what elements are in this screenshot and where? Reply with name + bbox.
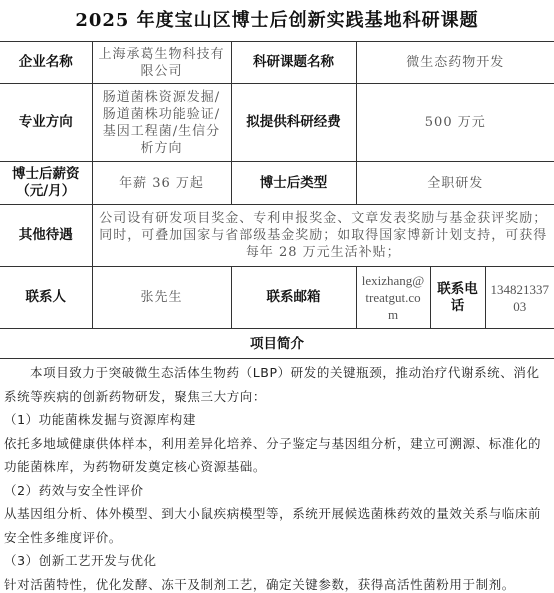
- intro-paragraph: 本项目致力于突破微生态活体生物药（LBP）研发的关键瓶颈，推动治疗代谢系统、消化…: [4, 361, 552, 408]
- intro-paragraph: 针对活菌特性，优化发酵、冻干及制剂工艺，确定关键参数，获得高活性菌粉用于制剂。: [4, 573, 552, 593]
- table-row-major: 专业方向 肠道菌株资源发掘/肠道菌株功能验证/基因工程菌/生信分析方向 拟提供科…: [0, 84, 554, 162]
- intro-heading-3: （3）创新工艺开发与优化: [4, 549, 552, 573]
- company-label: 企业名称: [0, 42, 92, 84]
- funding-label: 拟提供科研经费: [231, 84, 356, 162]
- salary-value: 年薪 36 万起: [92, 162, 231, 205]
- company-value: 上海承葛生物科技有限公司: [92, 42, 231, 84]
- document-title: 2025 年度宝山区博士后创新实践基地科研课题: [0, 6, 554, 36]
- intro-heading-1: （1）功能菌株发掘与资源库构建: [4, 408, 552, 432]
- email-label: 联系邮箱: [231, 267, 356, 329]
- benefits-value: 公司设有研发项目奖金、专利申报奖金、文章发表奖励与基金获评奖励；同时，可叠加国家…: [92, 205, 554, 267]
- email-value[interactable]: lexizhang@treatgut.com: [356, 267, 430, 329]
- project-info-table: 企业名称 上海承葛生物科技有限公司 科研课题名称 微生态药物开发 专业方向 肠道…: [0, 41, 554, 329]
- contact-label: 联系人: [0, 267, 92, 329]
- funding-value: 500 万元: [356, 84, 554, 162]
- table-row-benefits: 其他待遇 公司设有研发项目奖金、专利申报奖金、文章发表奖励与基金获评奖励；同时，…: [0, 205, 554, 267]
- topic-value: 微生态药物开发: [356, 42, 554, 84]
- intro-paragraph: 依托多地域健康供体样本，利用差异化培养、分子鉴定与基因组分析，建立可溯源、标准化…: [4, 432, 552, 479]
- benefits-label: 其他待遇: [0, 205, 92, 267]
- table-row-company: 企业名称 上海承葛生物科技有限公司 科研课题名称 微生态药物开发: [0, 42, 554, 84]
- salary-label: 博士后薪资（元/月）: [0, 162, 92, 205]
- major-label: 专业方向: [0, 84, 92, 162]
- topic-label: 科研课题名称: [231, 42, 356, 84]
- phone-value[interactable]: 13482133703: [485, 267, 554, 329]
- postdoc-type-value: 全职研发: [356, 162, 554, 205]
- phone-label: 联系电话: [430, 267, 485, 329]
- table-row-salary: 博士后薪资（元/月） 年薪 36 万起 博士后类型 全职研发: [0, 162, 554, 205]
- project-intro: 本项目致力于突破微生态活体生物药（LBP）研发的关键瓶颈，推动治疗代谢系统、消化…: [4, 361, 552, 593]
- major-value: 肠道菌株资源发掘/肠道菌株功能验证/基因工程菌/生信分析方向: [92, 84, 231, 162]
- intro-paragraph: 从基因组分析、体外模型、到大小鼠疾病模型等，系统开展候选菌株药效的量效关系与临床…: [4, 502, 552, 549]
- postdoc-type-label: 博士后类型: [231, 162, 356, 205]
- intro-heading-2: （2）药效与安全性评价: [4, 479, 552, 503]
- contact-value: 张先生: [92, 267, 231, 329]
- intro-header: 项目简介: [0, 330, 554, 359]
- table-row-contact: 联系人 张先生 联系邮箱 lexizhang@treatgut.com 联系电话…: [0, 267, 554, 329]
